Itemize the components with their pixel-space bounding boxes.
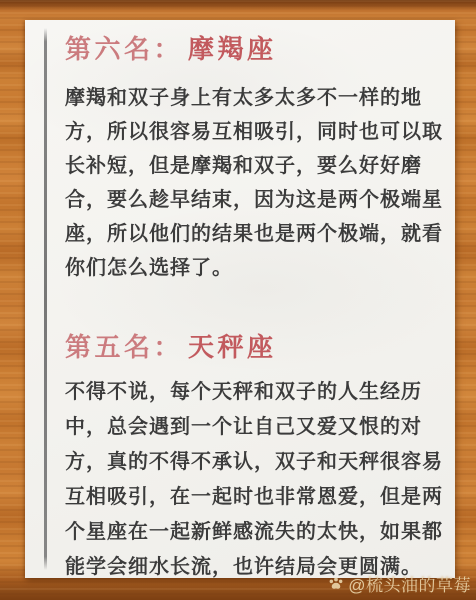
paragraph-line: 中，总会遇到一个让自己又爱又恨的对 <box>65 410 453 445</box>
paper-card: 第六名：摩羯座 摩羯和双子身上有太多太多不一样的地 方，所以很容易互相吸引，同时… <box>25 20 455 578</box>
paragraph-libra: 不得不说，每个天秤和双子的人生经历 中，总会遇到一个让自己又爱又恨的对 方，真的… <box>65 375 453 585</box>
rank-label: 第六名： <box>65 35 183 64</box>
watermark: @梳头油的草莓 <box>328 571 471 596</box>
sign-name: 天秤座 <box>188 333 277 362</box>
paragraph-capricorn: 摩羯和双子身上有太多太多不一样的地 方，所以很容易互相吸引，同时也可以取 长补短… <box>65 81 453 285</box>
paragraph-line: 摩羯和双子身上有太多太多不一样的地 <box>65 81 453 115</box>
section-title-libra: 第五名：天秤座 <box>65 333 277 363</box>
paragraph-line: 长补短，但是摩羯和双子，要么好好磨 <box>65 149 453 183</box>
paragraph-line: 你们怎么选择了。 <box>65 251 453 285</box>
watermark-text: @梳头油的草莓 <box>348 571 471 596</box>
rank-label: 第五名： <box>65 333 183 362</box>
left-vertical-rule <box>44 28 47 570</box>
paragraph-line: 合，要么趁早结束，因为这是两个极端星 <box>65 183 453 217</box>
paragraph-line: 个星座在一起新鲜感流失的太快，如果都 <box>65 515 453 550</box>
sign-name: 摩羯座 <box>188 35 277 64</box>
paragraph-line: 不得不说，每个天秤和双子的人生经历 <box>65 375 453 410</box>
paragraph-line: 方，所以很容易互相吸引，同时也可以取 <box>65 115 453 149</box>
paragraph-line: 座，所以他们的结果也是两个极端，就看 <box>65 217 453 251</box>
paragraph-line: 互相吸引，在一起时也非常恩爱，但是两 <box>65 480 453 515</box>
paw-icon <box>328 576 344 592</box>
paragraph-line: 方，真的不得不承认，双子和天秤很容易 <box>65 445 453 480</box>
section-title-capricorn: 第六名：摩羯座 <box>65 35 277 65</box>
